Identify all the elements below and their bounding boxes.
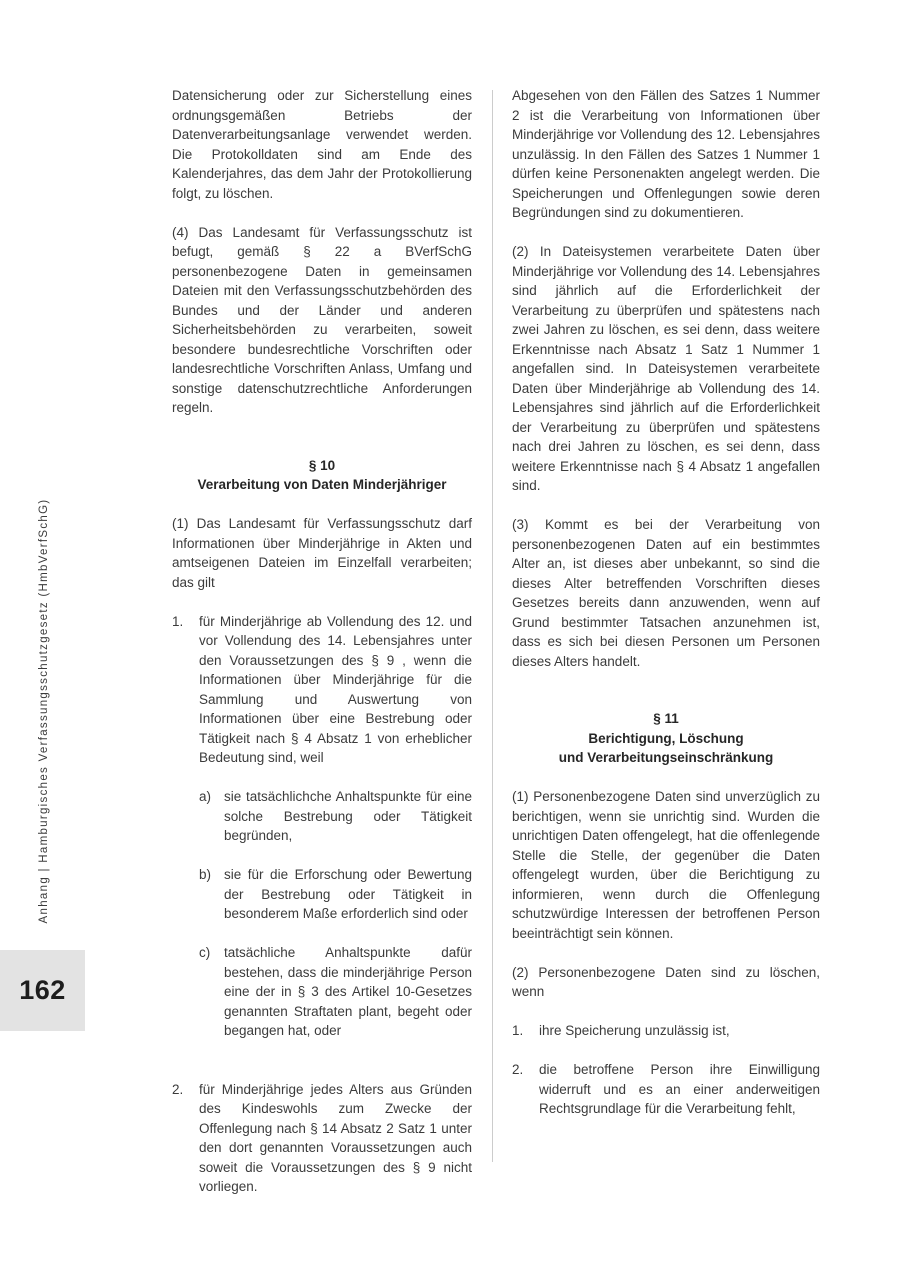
sublist-item-c-text: tatsächliche Anhaltspunkte dafür bestehe… — [224, 943, 472, 1041]
list-item-1-text: ihre Speicherung unzulässig ist, — [539, 1021, 820, 1041]
section-11-title-line1: Berichtigung, Löschung — [512, 729, 820, 749]
sublist-item-a: a) sie tatsächlichche Anhaltspunkte für … — [199, 787, 472, 846]
paragraph-protokolldaten: Datensicherung oder zur Sicherstellung e… — [172, 86, 472, 203]
section-11-number: § 11 — [512, 709, 820, 729]
page-number-badge: 162 — [0, 950, 85, 1031]
list-marker-2: 2. — [172, 1080, 199, 1197]
section-10-number: § 10 — [172, 456, 472, 476]
list-marker-1: 1. — [172, 612, 199, 1061]
section-heading-10: § 10 Verarbeitung von Daten Minderjährig… — [172, 456, 472, 495]
sublist-marker-b: b) — [199, 865, 224, 924]
sidebar-vertical-label: Anhang | Hamburgisches Verfassungsschutz… — [38, 485, 54, 937]
paragraph-absatz-3: (3) Kommt es bei der Verarbeitung von pe… — [512, 515, 820, 671]
paragraph-absatz-2-loeschen: (2) Personenbezogene Daten sind zu lösch… — [512, 963, 820, 1002]
paragraph-absatz-1: (1) Das Landesamt für Verfassungsschutz … — [172, 514, 472, 592]
column-divider — [492, 90, 493, 1162]
list-item-1: 1. für Minderjährige ab Vollendung des 1… — [172, 612, 472, 1061]
list-marker-1: 1. — [512, 1021, 539, 1041]
document-page: Anhang | Hamburgisches Verfassungsschutz… — [0, 0, 900, 1272]
list-item-1-body: für Minderjährige ab Vollendung des 12. … — [199, 612, 472, 1061]
sublist-item-c: c) tatsächliche Anhaltspunkte dafür best… — [199, 943, 472, 1041]
section-10-title: Verarbeitung von Daten Minderjähriger — [172, 475, 472, 495]
paragraph-abgesehen: Abgesehen von den Fällen des Satzes 1 Nu… — [512, 86, 820, 223]
page-number: 162 — [19, 975, 66, 1006]
paragraph-absatz-1-berichtigung: (1) Personenbezogene Daten sind unverzüg… — [512, 787, 820, 943]
list-item-1-text: für Minderjährige ab Vollendung des 12. … — [199, 612, 472, 768]
list-item-2-text: die betroffene Person ihre Einwilligung … — [539, 1060, 820, 1119]
sublist-marker-c: c) — [199, 943, 224, 1041]
sublist-item-a-text: sie tatsächlichche Anhaltspunkte für ein… — [224, 787, 472, 846]
paragraph-absatz-2: (2) In Dateisystemen verarbeitete Daten … — [512, 242, 820, 496]
list-item-2: 2. die betroffene Person ihre Einwilligu… — [512, 1060, 820, 1119]
list-item-2-text: für Minderjährige jedes Alters aus Gründ… — [199, 1080, 472, 1197]
section-heading-11: § 11 Berichtigung, Löschung und Verarbei… — [512, 709, 820, 768]
list-marker-2: 2. — [512, 1060, 539, 1119]
list-item-1: 1. ihre Speicherung unzulässig ist, — [512, 1021, 820, 1041]
sublist-item-b: b) sie für die Erforschung oder Bewertun… — [199, 865, 472, 924]
section-11-title-line2: und Verarbeitungseinschränkung — [512, 748, 820, 768]
sublist-item-b-text: sie für die Erforschung oder Bewertung d… — [224, 865, 472, 924]
list-item-2: 2. für Minderjährige jedes Alters aus Gr… — [172, 1080, 472, 1197]
sublist: a) sie tatsächlichche Anhaltspunkte für … — [199, 787, 472, 1041]
sublist-marker-a: a) — [199, 787, 224, 846]
left-column: Datensicherung oder zur Sicherstellung e… — [172, 86, 472, 1197]
paragraph-absatz-4: (4) Das Landesamt für Verfassungsschutz … — [172, 223, 472, 418]
right-column: Abgesehen von den Fällen des Satzes 1 Nu… — [512, 86, 820, 1119]
